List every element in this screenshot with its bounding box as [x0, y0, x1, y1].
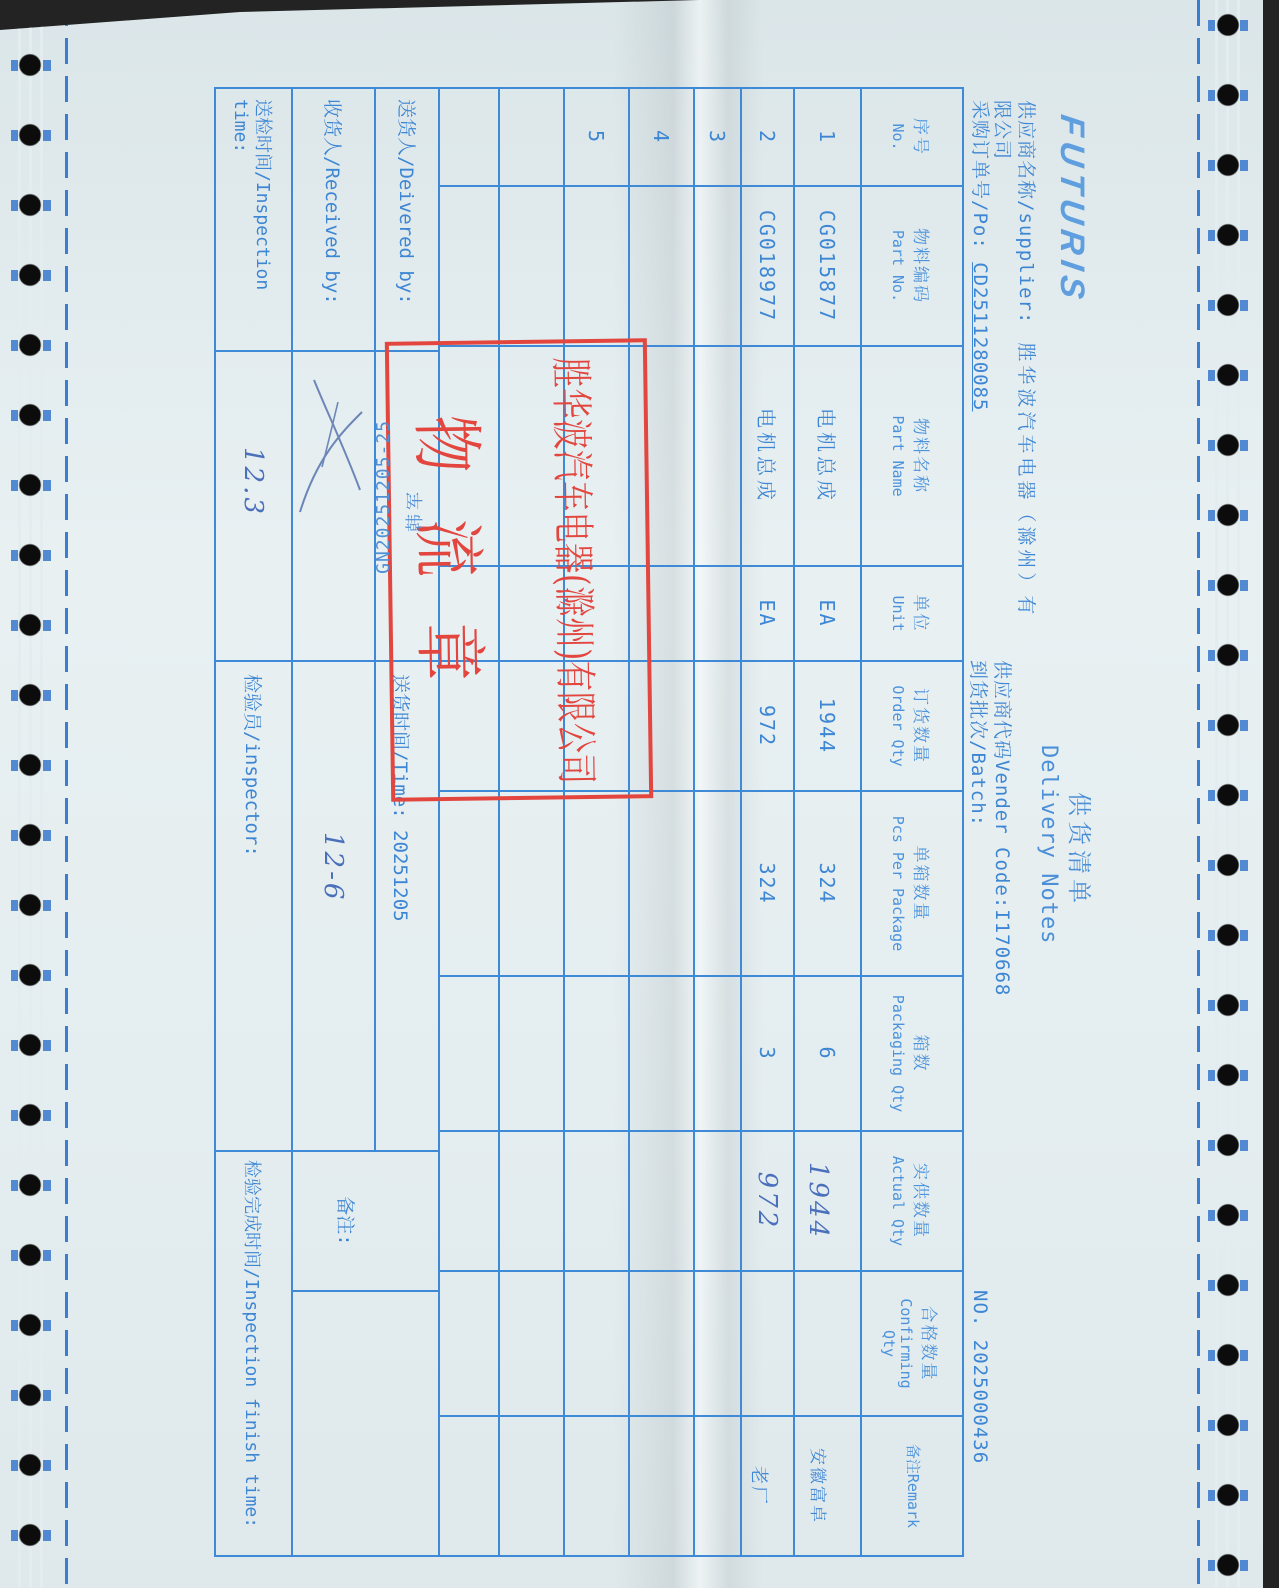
remarks-label: 备注:	[334, 1196, 356, 1245]
header-packaging-qty: 箱数Packaging Qty	[861, 976, 963, 1131]
header-cn: 单位	[910, 567, 935, 660]
number-label: NO.	[969, 1290, 991, 1327]
po-label: 采购订单号/Po:	[969, 100, 991, 250]
batch-label: 到货批次/Batch:	[967, 660, 989, 827]
table-row: 4	[629, 88, 694, 1556]
cell-order-qty	[694, 661, 741, 791]
cell-no: 5	[564, 88, 629, 186]
cell-part-no	[564, 186, 629, 346]
header-en: Pcs Per Package	[889, 792, 906, 975]
footer-table: 送货人/Deivered by: 送货时间/Time: 20251205 备注:…	[214, 87, 440, 1557]
cell-packaging-qty: 3	[741, 976, 794, 1131]
cell-part-name: 电机总成	[794, 346, 861, 566]
cell-no: 2	[741, 88, 794, 186]
inspector-date: 12-6	[319, 832, 349, 902]
cell-actual-qty: 1944	[794, 1131, 861, 1271]
perforation-line-top	[1197, 0, 1200, 1588]
cell-confirming-qty	[499, 1271, 564, 1416]
cell-actual-qty	[499, 1131, 564, 1271]
header-en: Order Qty	[889, 662, 906, 790]
supplier-line: 供应商名称/supplier:胜华波汽车电器（滁州）有	[1014, 100, 1041, 618]
cell-confirming-qty	[439, 1271, 499, 1416]
table-header-row: 序号No. 物料编码Part No. 物料名称Part Name 单位Unit …	[861, 88, 963, 1556]
cell-packaging-qty	[499, 976, 564, 1131]
cell-confirming-qty	[629, 1271, 694, 1416]
header-en: Unit	[889, 567, 906, 660]
cell-pcs-per-package	[629, 791, 694, 976]
stamp-department: 物流章	[400, 414, 508, 727]
header-no: 序号No.	[861, 88, 963, 186]
header-en: Confirming Qty	[881, 1272, 915, 1415]
cell-actual-qty	[439, 1131, 499, 1271]
cell-no: 1	[794, 88, 861, 186]
inspection-finish-cell: 检验完成时间/Inspection finish time:	[215, 1151, 292, 1556]
stamp-code: GN20251205-25	[373, 420, 394, 574]
supplier-label: 供应商名称/supplier:	[1015, 100, 1037, 324]
cell-remark: 老厂	[741, 1416, 794, 1556]
table-row: 5	[564, 88, 629, 1556]
cell-order-qty: 1944	[794, 661, 861, 791]
cell-part-no: CG015877	[794, 186, 861, 346]
cell-no: 3	[694, 88, 741, 186]
table-row: 2 CG018977 电机总成 EA 972 324 3 972 老厂	[741, 88, 794, 1556]
cell-confirming-qty	[694, 1271, 741, 1416]
items-table: 序号No. 物料编码Part No. 物料名称Part Name 单位Unit …	[438, 87, 964, 1557]
delivery-time-value: 20251205	[389, 830, 411, 922]
inspector-label: 检验员/inspector:	[241, 674, 263, 857]
cell-actual-qty	[694, 1131, 741, 1271]
cell-packaging-qty	[629, 976, 694, 1131]
table-row	[499, 88, 564, 1556]
header-order-qty: 订货数量Order Qty	[861, 661, 963, 791]
header-cn: 物料编码	[910, 187, 935, 345]
header-cn: 箱数	[910, 977, 935, 1130]
cell-unit: EA	[741, 566, 794, 661]
batch-line: 到货批次/Batch:	[966, 660, 993, 827]
company-logistics-stamp: 胜华波汽车电器(滁州)有限公司 物流章	[385, 338, 653, 802]
cell-no	[439, 88, 499, 186]
cell-unit	[694, 566, 741, 661]
po-line: 采购订单号/Po: CD2511280085	[968, 100, 995, 412]
received-by-label: 收货人/Received by:	[292, 88, 375, 351]
header-actual-qty: 实供数量Actual Qty	[861, 1131, 963, 1271]
company-logo: FUTURIS	[1052, 112, 1091, 307]
header-confirming-qty: 合格数量Confirming Qty	[861, 1271, 963, 1416]
cell-pcs-per-package	[694, 791, 741, 976]
document-title-en: Delivery Notes	[1036, 745, 1061, 944]
header-en: Part No.	[889, 187, 906, 345]
po-number: CD2511280085	[969, 262, 991, 411]
delivered-by-row: 送货人/Deivered by: 送货时间/Time: 20251205 备注:	[375, 88, 440, 1556]
stamp-company-name: 胜华波汽车电器(滁州)有限公司	[543, 357, 609, 785]
cell-remark: 安徽富卓	[794, 1416, 861, 1556]
cell-actual-qty: 972	[741, 1131, 794, 1271]
cell-part-no: CG018977	[741, 186, 794, 346]
sprocket-holes-bottom	[18, 0, 42, 1588]
cell-part-no	[499, 186, 564, 346]
cell-packaging-qty	[564, 976, 629, 1131]
cell-part-no	[629, 186, 694, 346]
cell-remark	[564, 1416, 629, 1556]
stamp-signer: 韩军	[401, 488, 427, 532]
cell-pcs-per-package: 324	[794, 791, 861, 976]
inspection-time-cell: 12.3	[215, 351, 292, 661]
vendor-code-label: 供应商代码Vender Code:	[991, 660, 1013, 909]
vendor-code: I170668	[991, 909, 1013, 996]
cell-unit: EA	[794, 566, 861, 661]
vendor-code-line: 供应商代码Vender Code:I170668	[990, 660, 1017, 996]
cell-remark	[629, 1416, 694, 1556]
header-cn: 合格数量	[919, 1272, 944, 1415]
header-cn: 序号	[910, 89, 935, 185]
cell-packaging-qty	[694, 976, 741, 1131]
inspector-date-cell: 12-6	[292, 661, 375, 1151]
remarks-value	[292, 1291, 440, 1556]
cell-part-name: 电机总成	[741, 346, 794, 566]
cell-part-name	[694, 346, 741, 566]
inspection-finish-label: 检验完成时间/Inspection finish time:	[242, 1160, 263, 1528]
cell-no	[499, 88, 564, 186]
header-cn: 备注Remark	[904, 1417, 925, 1555]
header-part-name: 物料名称Part Name	[861, 346, 963, 566]
delivery-note-document: FUTURIS 供货清单 Delivery Notes 供应商名称/suppli…	[0, 0, 1279, 1588]
inspection-time-label: 送检时间/Inspection time:	[215, 88, 292, 351]
cell-actual-qty	[564, 1131, 629, 1271]
cell-no: 4	[629, 88, 694, 186]
header-en: Actual Qty	[889, 1132, 906, 1270]
table-row	[439, 88, 499, 1556]
delivered-by-label: 送货人/Deivered by:	[375, 88, 440, 351]
signature-scribble	[292, 372, 372, 532]
cell-part-no	[694, 186, 741, 346]
cell-remark	[694, 1416, 741, 1556]
cell-part-no	[439, 186, 499, 346]
remarks-cell: 备注:	[292, 1151, 440, 1291]
number-value: 2025000436	[969, 1340, 991, 1464]
header-en: Part Name	[889, 347, 906, 565]
inspection-time-value: 12.3	[239, 447, 269, 517]
cell-actual-qty	[629, 1131, 694, 1271]
header-en: No.	[889, 89, 906, 185]
cell-pcs-per-package	[499, 791, 564, 976]
header-cn: 单箱数量	[910, 792, 935, 975]
cell-pcs-per-package: 324	[741, 791, 794, 976]
cell-pcs-per-package	[439, 791, 499, 976]
cell-packaging-qty: 6	[794, 976, 861, 1131]
inspection-row: 送检时间/Inspection time: 12.3 检验员/inspector…	[215, 88, 292, 1556]
cell-confirming-qty	[741, 1271, 794, 1416]
cell-confirming-qty	[564, 1271, 629, 1416]
header-part-no: 物料编码Part No.	[861, 186, 963, 346]
header-cn: 实供数量	[910, 1132, 935, 1270]
document-number: NO. 2025000436	[969, 1290, 991, 1464]
table-row: 1 CG015877 电机总成 EA 1944 324 6 1944 安徽富卓	[794, 88, 861, 1556]
received-by-signature-cell	[292, 351, 375, 661]
cell-packaging-qty	[439, 976, 499, 1131]
document-title-cn: 供货清单	[1064, 792, 1099, 908]
inspector-cell: 检验员/inspector:	[215, 661, 292, 1151]
header-unit: 单位Unit	[861, 566, 963, 661]
cell-confirming-qty	[794, 1271, 861, 1416]
cell-pcs-per-package	[564, 791, 629, 976]
header-pcs-per-package: 单箱数量Pcs Per Package	[861, 791, 963, 976]
header-en: Packaging Qty	[889, 977, 906, 1130]
header-cn: 订货数量	[910, 662, 935, 790]
sprocket-holes-top	[1216, 0, 1240, 1588]
supplier-name: 胜华波汽车电器（滁州）有	[1015, 342, 1037, 618]
perforation-line-bottom	[65, 0, 68, 1588]
table-row: 3	[694, 88, 741, 1556]
header-cn: 物料名称	[910, 347, 935, 565]
header-remark: 备注Remark	[861, 1416, 963, 1556]
cell-remark	[499, 1416, 564, 1556]
cell-remark	[439, 1416, 499, 1556]
cell-order-qty: 972	[741, 661, 794, 791]
